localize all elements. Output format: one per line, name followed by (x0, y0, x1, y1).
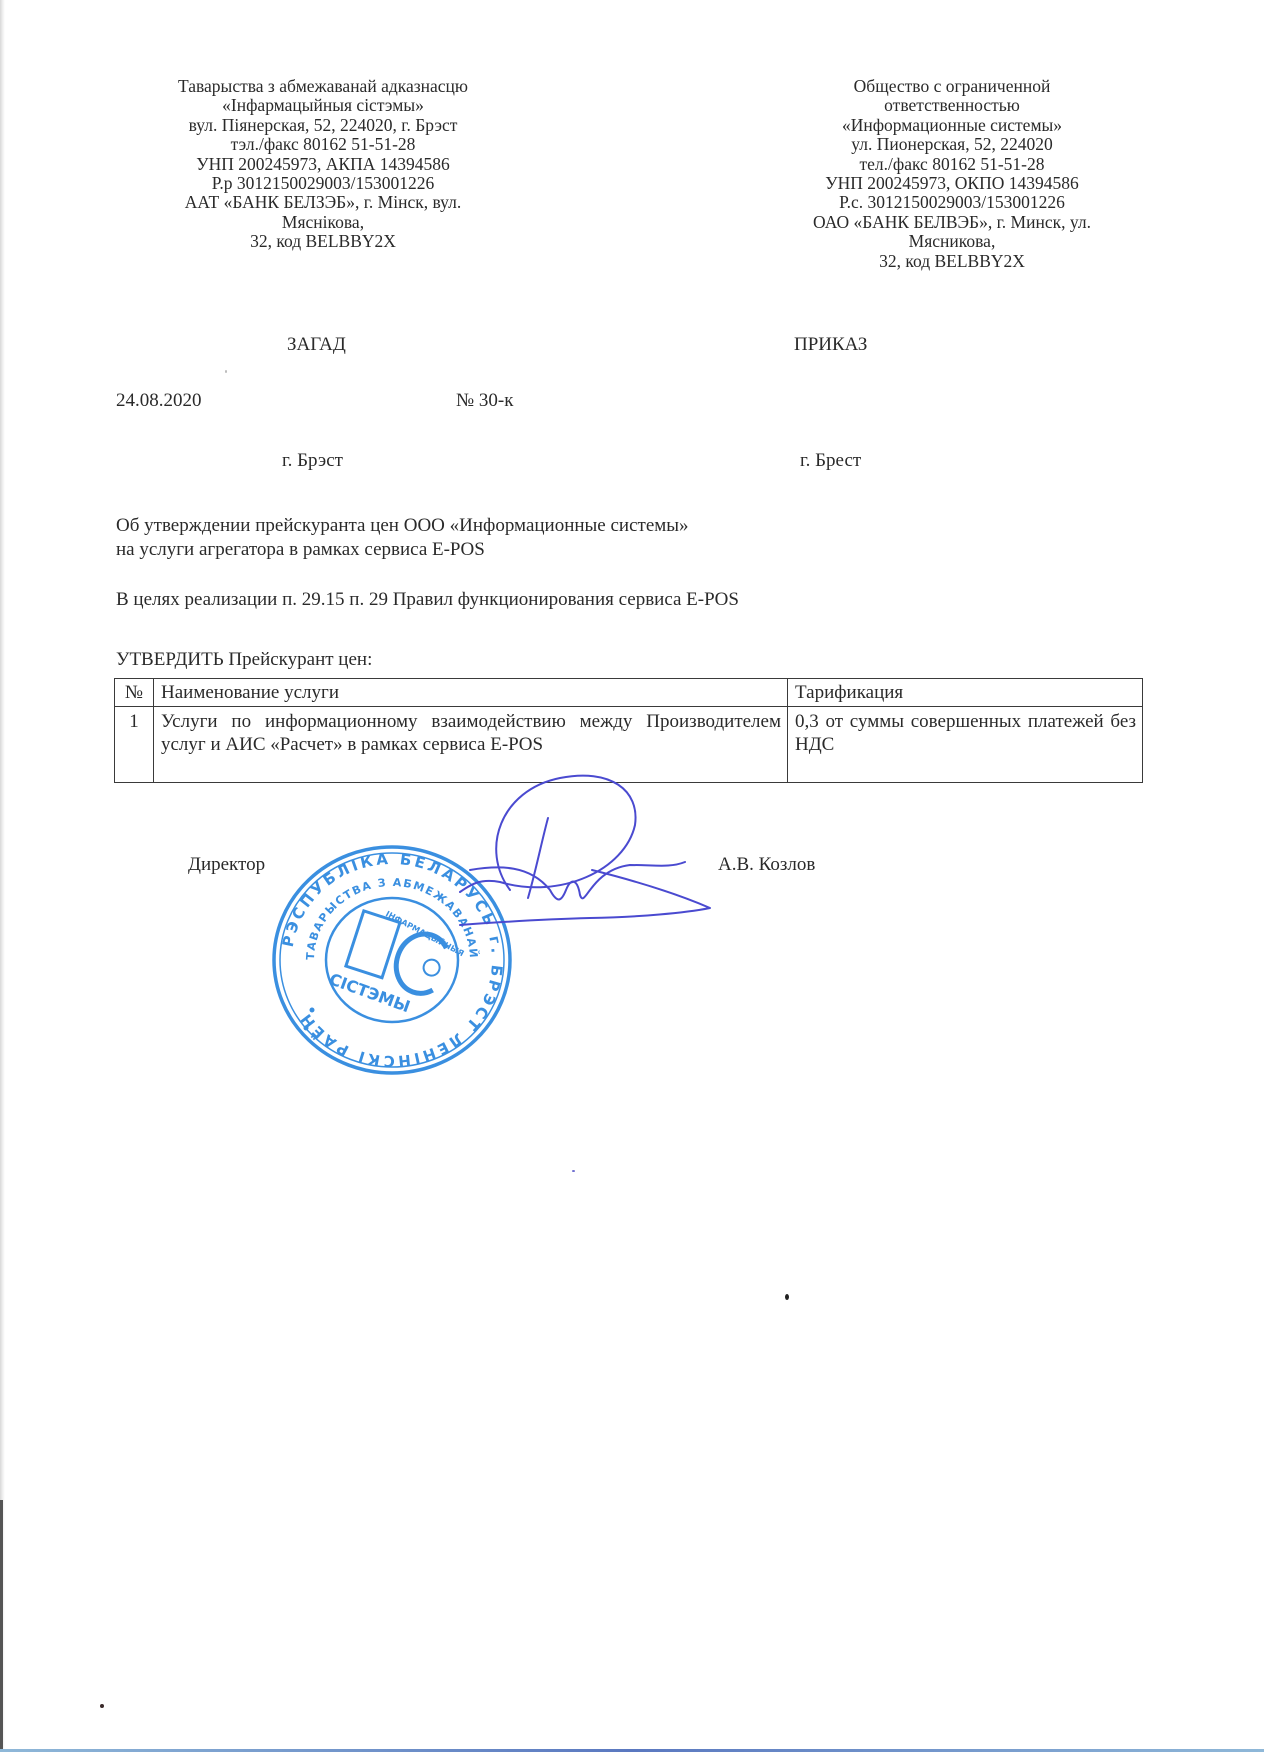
letterhead-line: 32, код BELBBY2X (742, 252, 1162, 271)
column-header-number: № (115, 679, 154, 707)
director-signature (440, 770, 760, 950)
letterhead-line: вул. Піянерская, 52, 224020, г. Брэст (113, 116, 533, 135)
letterhead-line: тэл./факс 80162 51-51-28 (113, 135, 533, 154)
letterhead-line: ААТ «БАНК БЕЛЗЭБ», г. Мінск, вул. (113, 193, 533, 212)
letterhead-line: «Информационные системы» (742, 116, 1162, 135)
letterhead-line: Р.с. 3012150029003/153001226 (742, 193, 1162, 212)
letterhead-line: ответственностью (742, 96, 1162, 115)
price-table: № Наименование услуги Тарификация 1 Услу… (114, 678, 1143, 783)
letterhead-russian: Общество с ограниченной ответственностью… (742, 77, 1162, 271)
scan-speck (225, 370, 227, 373)
city-russian: г. Брест (800, 451, 861, 471)
letterhead-line: ул. Пионерская, 52, 224020 (742, 135, 1162, 154)
scan-edge (0, 0, 5, 1752)
column-header-service: Наименование услуги (154, 679, 788, 707)
letterhead-line: УНП 200245973, ОКПО 14394586 (742, 174, 1162, 193)
subject-line-2: на услуги агрегатора в рамках сервиса E-… (116, 540, 485, 560)
table-header-row: № Наименование услуги Тарификация (115, 679, 1143, 707)
letterhead-line: Таварыства з абмежаванай адказнасцю (113, 77, 533, 96)
city-belarusian: г. Брэст (282, 451, 343, 471)
resolution: УТВЕРДИТЬ Прейскурант цен: (116, 650, 372, 670)
letterhead-line: 32, код BELBBY2X (113, 232, 533, 251)
cell-number: 1 (115, 707, 154, 783)
doc-type-russian: ПРИКАЗ (794, 334, 867, 356)
letterhead-line: Общество с ограниченной (742, 77, 1162, 96)
signatory-position: Директор (188, 855, 265, 875)
letterhead-line: тел./факс 80162 51-51-28 (742, 155, 1162, 174)
letterhead-line: ОАО «БАНК БЕЛВЭБ», г. Минск, ул. (742, 213, 1162, 232)
cell-tariff: 0,3 от суммы совершенных платежей без НД… (788, 707, 1143, 783)
subject-line-1: Об утверждении прейскуранта цен ООО «Инф… (116, 516, 689, 536)
letterhead-line: Мясникова, (742, 232, 1162, 251)
scan-speck (785, 1294, 789, 1300)
order-date: 24.08.2020 (116, 391, 202, 411)
preamble: В целях реализации п. 29.15 п. 29 Правил… (116, 590, 739, 610)
letterhead-belarusian: Таварыства з абмежаванай адказнасцю «Інф… (113, 77, 533, 252)
letterhead-line: «Інфармацыйныя сістэмы» (113, 96, 533, 115)
letterhead-line: УНП 200245973, АКПА 14394586 (113, 155, 533, 174)
column-header-tariff: Тарификация (788, 679, 1143, 707)
order-number: № 30-к (456, 391, 513, 411)
scan-speck (100, 1704, 104, 1708)
letterhead-line: Р.р 3012150029003/153001226 (113, 174, 533, 193)
scan-speck (572, 1170, 575, 1172)
letterhead-line: Мяснікова, (113, 213, 533, 232)
doc-type-belarusian: ЗАГАД (287, 334, 346, 356)
